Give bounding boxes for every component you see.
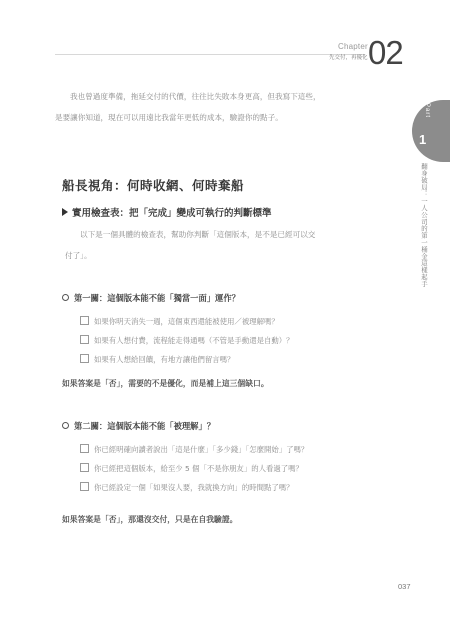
part-tab-number: 1 xyxy=(419,132,426,147)
checklist-item: 如果你明天消失一週，這個東西還能被使用／被理解嗎？ xyxy=(80,316,279,327)
part-vertical-title: 翻身破局：一人公司的第一桶金這樣起手 xyxy=(419,163,429,287)
question-text: 第一關：這個版本能不能「獨當一面」運作？ xyxy=(74,293,240,303)
checkbox-icon xyxy=(80,463,89,472)
checklist-item: 你已經明確向讀者說出「這是什麼」「多少錢」「怎麼開始」了嗎？ xyxy=(80,444,308,455)
checklist-item-text: 你已經把這個版本，給至少 5 個「不是你朋友」的人看過了嗎？ xyxy=(94,464,303,473)
check-conclusion-2: 如果答案是「否」，那還沒交付，只是在自我驗證。 xyxy=(62,514,237,525)
chapter-label: Chapter xyxy=(338,42,368,51)
section-description: 以下是一個具體的檢查表，幫助你判斷「這個版本，是不是已經可以交 付了」。 xyxy=(80,224,400,266)
checklist-item: 你已經設定一個「如果沒人要，我就換方向」的時間點了嗎？ xyxy=(80,482,294,493)
intro-line-2: 是要讓你知道，現在可以用遠比我當年更低的成本，驗證你的點子。 xyxy=(55,107,400,128)
checkbox-icon xyxy=(80,444,89,453)
checklist-item-text: 如果有人想給回饋，有地方讓他們留言嗎？ xyxy=(94,355,234,364)
checklist-item: 如果有人想付費，流程能走得通嗎（不管是手動還是自動）？ xyxy=(80,335,294,346)
checklist-item-text: 如果有人想付費，流程能走得通嗎（不管是手動還是自動）？ xyxy=(94,336,294,345)
desc-line-2: 付了」。 xyxy=(65,245,400,266)
circle-bullet-icon xyxy=(62,422,69,429)
section-title: 船長視角：何時收網、何時棄船 xyxy=(62,176,244,194)
checklist-item-text: 你已經明確向讀者說出「這是什麼」「多少錢」「怎麼開始」了嗎？ xyxy=(94,445,308,454)
checklist-item: 你已經把這個版本，給至少 5 個「不是你朋友」的人看過了嗎？ xyxy=(80,463,303,474)
check-conclusion-1: 如果答案是「否」，需要的不是優化，而是補上這三個缺口。 xyxy=(62,378,269,389)
check-question-1: 第一關：這個版本能不能「獨當一面」運作？ xyxy=(62,292,240,304)
header-rule xyxy=(55,54,365,55)
question-text: 第二關：這個版本能不能「被理解」？ xyxy=(74,421,215,431)
page-number: 037 xyxy=(398,582,411,591)
chapter-number: 02 xyxy=(368,36,403,69)
checklist-item-text: 你已經設定一個「如果沒人要，我就換方向」的時間點了嗎？ xyxy=(94,483,294,492)
intro-paragraph: 我也曾過度準備，拖延交付的代價，往往比失敗本身更高，但我寫下這些， 是要讓你知道… xyxy=(70,86,400,128)
checkbox-icon xyxy=(80,482,89,491)
checklist-item: 如果有人想給回饋，有地方讓他們留言嗎？ xyxy=(80,354,234,365)
triangle-bullet-icon xyxy=(62,208,68,216)
part-tab xyxy=(412,100,450,162)
section-subtitle-text: 實用檢查表：把「完成」變成可執行的判斷標準 xyxy=(72,208,272,219)
section-subtitle: 實用檢查表：把「完成」變成可執行的判斷標準 xyxy=(62,205,272,219)
chapter-subtitle: 先交付，再優化 xyxy=(329,53,368,61)
check-question-2: 第二關：這個版本能不能「被理解」？ xyxy=(62,420,215,432)
checkbox-icon xyxy=(80,335,89,344)
checklist-item-text: 如果你明天消失一週，這個東西還能被使用／被理解嗎？ xyxy=(94,317,279,326)
part-tab-label: Part xyxy=(420,103,430,118)
checkbox-icon xyxy=(80,316,89,325)
desc-line-1: 以下是一個具體的檢查表，幫助你判斷「這個版本，是不是已經可以交 xyxy=(80,224,400,245)
checkbox-icon xyxy=(80,354,89,363)
circle-bullet-icon xyxy=(62,294,69,301)
intro-line-1: 我也曾過度準備，拖延交付的代價，往往比失敗本身更高，但我寫下這些， xyxy=(70,86,400,107)
